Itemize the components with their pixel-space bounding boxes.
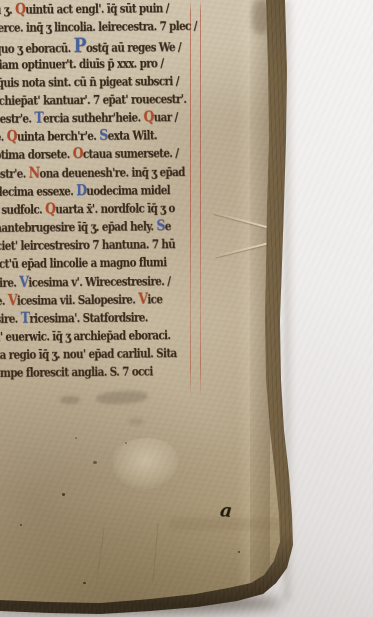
manuscript-line: t'. sudfolc. Quarta x̄'. nordfolc īq̄ ʒ … xyxy=(0,199,212,219)
manuscript-line: m' euerwic. īq̄ ʒ archiep̄ad eboraci. xyxy=(0,326,213,346)
line-text: exta Wilt. xyxy=(108,128,157,143)
line-text: acestr'e. xyxy=(0,112,34,126)
line-text: nquo ʒ eboracū. xyxy=(0,41,74,56)
line-text: archiep̄at' kantuar'. 7 ep̄at' rouecestr… xyxy=(0,92,186,108)
line-text: chantebrugesire īq̄ ʒ. ep̄ad hely. xyxy=(0,219,157,235)
manuscript-line: nquo ʒ eboracū. Postq̄ aū reges We / xyxy=(0,35,211,55)
decorated-initial: S xyxy=(156,217,165,234)
line-text: eptima dorsete. xyxy=(0,148,73,163)
erased-inscription-smudge xyxy=(60,396,80,404)
manuscript-line: illa regio īq̄ ʒ. nou' ep̄ad carliul. Si… xyxy=(0,344,213,364)
line-text: cestr'e. xyxy=(0,166,29,180)
line-text: de. xyxy=(0,294,8,308)
line-text: a q̄uis nota sint. cū n̄ pigeat subscri … xyxy=(0,74,179,90)
line-text: uintū act engl'. īq̄ sūt puin / xyxy=(25,1,169,16)
decorated-initial: Q xyxy=(7,128,17,145)
line-text: ndecima essexe. xyxy=(0,184,76,199)
text-column: nū ʒ. Quintū act engl'. īq̄ sūt puin /me… xyxy=(0,0,214,401)
decorated-initial: T xyxy=(34,109,43,126)
quire-signature: a xyxy=(219,499,244,523)
line-text: icesima v'. Wirecestresire. / xyxy=(28,274,170,289)
ink-speck xyxy=(238,551,240,553)
line-text: icesima vii. Salopesire. xyxy=(17,292,138,307)
line-text: t'. sudfolc. xyxy=(0,202,45,217)
ink-speck xyxy=(75,437,77,439)
line-text: rsire. xyxy=(0,275,19,289)
ink-speck xyxy=(20,524,22,526)
decorated-initial: N xyxy=(29,164,40,181)
manuscript-line: archiep̄at' kantuar'. 7 ep̄at' rouecestr… xyxy=(0,90,211,110)
manuscript-line: esire. Tricesima'. Statfordsire. xyxy=(0,308,213,328)
line-text: ona deuenesh're. inq̄ ʒ ep̄ad xyxy=(39,165,184,180)
line-text: uar / xyxy=(154,110,178,124)
decorated-initial: V xyxy=(8,291,17,308)
line-text: merce. inq̄ ʒ lincolia. leirecestra. 7 p… xyxy=(0,19,197,35)
line-text: ercia suthehr'heie. xyxy=(43,110,144,125)
line-text: m' euerwic. īq̄ ʒ archiep̄ad eboraci. xyxy=(0,328,170,344)
decorated-initial: P xyxy=(74,33,87,57)
manuscript-line: rsire. Vicesima v'. Wirecestresire. / xyxy=(0,271,213,291)
manuscript-line: oriam optinuer't. diuīs p̄ xxx. pro / xyxy=(0,53,211,73)
manuscript-line: tempe florescit anglia. S. 7 occi xyxy=(0,362,213,382)
manuscript-page: nū ʒ. Quintū act engl'. īq̄ sūt puin /me… xyxy=(0,0,373,617)
ink-speck xyxy=(62,493,65,496)
crease-line xyxy=(96,528,104,580)
manuscript-photo: nū ʒ. Quintū act engl'. īq̄ sūt puin /me… xyxy=(0,0,373,617)
line-text: uarta x̄'. nordfolc īq̄ ʒ o xyxy=(55,201,174,216)
line-text: ostq̄ aū reges We / xyxy=(86,40,181,55)
manuscript-line: a q̄uis nota sint. cū n̄ pigeat subscri … xyxy=(0,71,211,91)
decorated-initial: Q xyxy=(15,1,25,18)
manuscript-line: de. Vicesima vii. Salopesire. Vice xyxy=(0,289,213,309)
ink-speck xyxy=(83,582,86,584)
decorated-initial: D xyxy=(76,182,86,199)
line-text: e xyxy=(165,219,171,233)
line-text: tempe florescit anglia. S. 7 occi xyxy=(0,365,153,381)
line-text: uinta berch'r'e. xyxy=(17,129,99,144)
manuscript-line: chantebrugesire īq̄ ʒ. ep̄ad hely. Se xyxy=(0,217,212,237)
line-text: illa regio īq̄ ʒ. nou' ep̄ad carliul. Si… xyxy=(0,346,177,362)
crease-line xyxy=(152,523,158,583)
decorated-initial: V xyxy=(19,273,28,290)
decorated-initial: Q xyxy=(143,108,153,125)
line-text: uodecima midel xyxy=(86,183,170,198)
line-text: ricesima'. Statfordsire. xyxy=(29,310,148,325)
manuscript-line: eptima dorsete. Octaua sumersete. / xyxy=(0,144,212,164)
line-text: nū ʒ. xyxy=(0,3,15,17)
decorated-initial: O xyxy=(73,145,83,162)
decorated-initial: V xyxy=(138,290,147,307)
line-text: oriam optinuer't. diuīs p̄ xxx. pro / xyxy=(0,56,164,72)
erased-inscription-smudge xyxy=(128,418,144,425)
parchment-repair-patch xyxy=(109,433,184,494)
line-text: ctaua sumersete. / xyxy=(83,146,179,161)
manuscript-line: acestr'e. Tercia suthehr'heie. Quar / xyxy=(0,108,212,128)
manuscript-line: t'e. Quinta berch'r'e. Sexta Wilt. xyxy=(0,126,212,146)
line-text: dict'ū ep̄ad lincolie a magno flumi xyxy=(0,256,167,272)
manuscript-line: cestr'e. Nona deuenesh're. inq̄ ʒ ep̄ad xyxy=(0,162,212,182)
ink-speck xyxy=(125,442,127,444)
manuscript-line: nciet' leircestresiro 7 hantuna. 7 hū xyxy=(0,235,213,255)
line-text: esire. xyxy=(0,312,21,326)
ink-speck xyxy=(93,461,97,464)
line-text: ice xyxy=(147,292,162,306)
decorated-initial: S xyxy=(99,127,108,144)
manuscript-line: ndecima essexe. Duodecima midel xyxy=(0,180,212,200)
manuscript-line: merce. inq̄ ʒ lincolia. leirecestra. 7 p… xyxy=(0,17,211,37)
line-text: nciet' leircestresiro 7 hantuna. 7 hū xyxy=(0,237,175,253)
manuscript-line: dict'ū ep̄ad lincolie a magno flumi xyxy=(0,253,213,273)
decorated-initial: Q xyxy=(45,200,55,217)
